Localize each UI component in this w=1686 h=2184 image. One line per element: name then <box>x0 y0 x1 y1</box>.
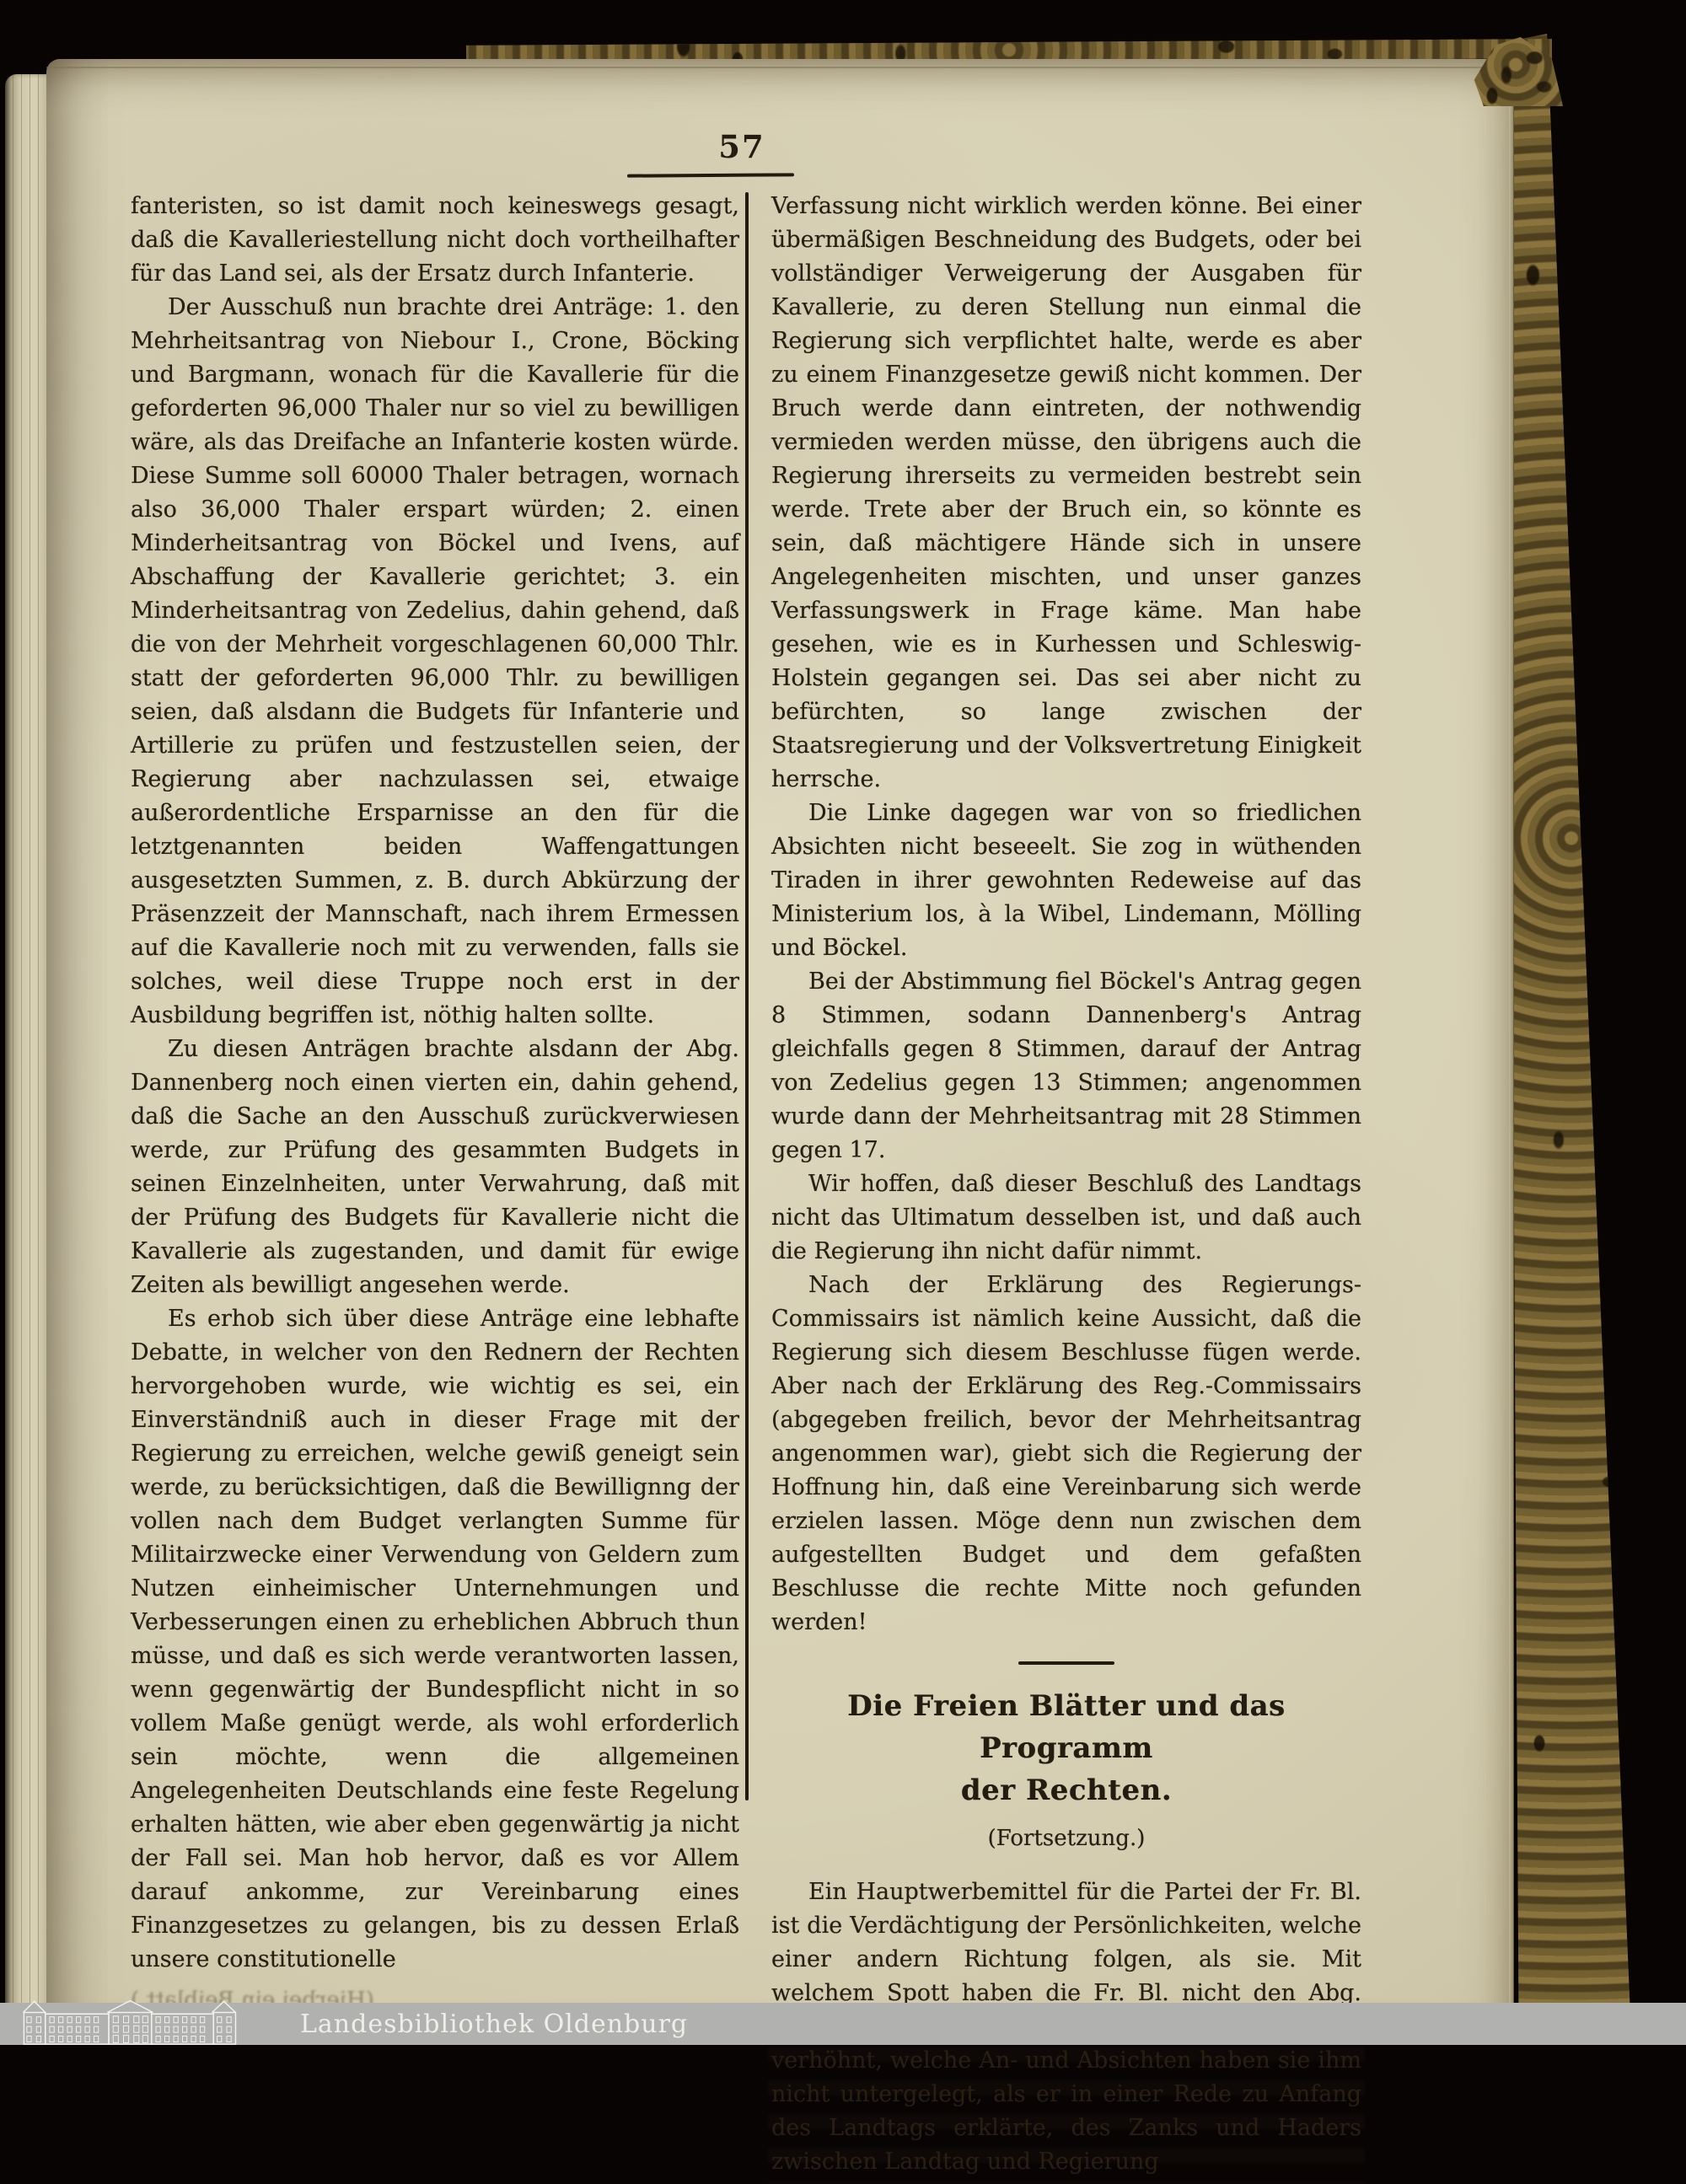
page-number: 57 <box>573 128 910 165</box>
left-column: fanteristen, so ist damit noch keinesweg… <box>131 190 739 2017</box>
paragraph: Nach der Erklärung des Regierungs-Commis… <box>771 1269 1361 1639</box>
watermark-label: Landesbibliothek Oldenburg <box>300 2003 688 2045</box>
paragraph: Es erhob sich über diese Anträge eine le… <box>131 1302 739 1977</box>
book-scan: 57 fanteristen, so ist damit noch keines… <box>0 0 1686 2045</box>
column-divider-rule <box>745 192 749 1800</box>
paragraph: Die Linke dagegen war von so friedlichen… <box>771 797 1361 965</box>
article-title: Die Freien Blätter und das Programm der … <box>771 1685 1361 1811</box>
paragraph: Zu diesen Anträgen brachte alsdann der A… <box>131 1033 739 1302</box>
paragraph: Bei der Abstimmung fiel Böckel's Antrag … <box>771 965 1361 1167</box>
library-building-icon <box>12 1998 265 2045</box>
book-page: 57 fanteristen, so ist damit noch keines… <box>46 59 1509 2045</box>
article-subtitle: (Fortsetzung.) <box>771 1822 1361 1855</box>
paragraph: Verfassung nicht wirklich werden könne. … <box>771 190 1361 797</box>
right-column: Verfassung nicht wirklich werden könne. … <box>771 190 1361 2045</box>
watermark-bar: Landesbibliothek Oldenburg <box>0 2003 1686 2045</box>
paragraph: Wir hoffen, daß dieser Beschluß des Land… <box>771 1167 1361 1269</box>
paragraph: fanteristen, so ist damit noch keinesweg… <box>131 190 739 291</box>
page-number-rule <box>627 173 794 177</box>
paragraph: Der Ausschuß nun brachte drei Anträge: 1… <box>131 291 739 1033</box>
book-cover-edge-right <box>1507 34 1635 2045</box>
section-separator-rule <box>1018 1661 1114 1665</box>
article-title-line1: Die Freien Blätter und das Programm <box>847 1689 1286 1765</box>
article-title-line2: der Rechten. <box>961 1773 1172 1807</box>
